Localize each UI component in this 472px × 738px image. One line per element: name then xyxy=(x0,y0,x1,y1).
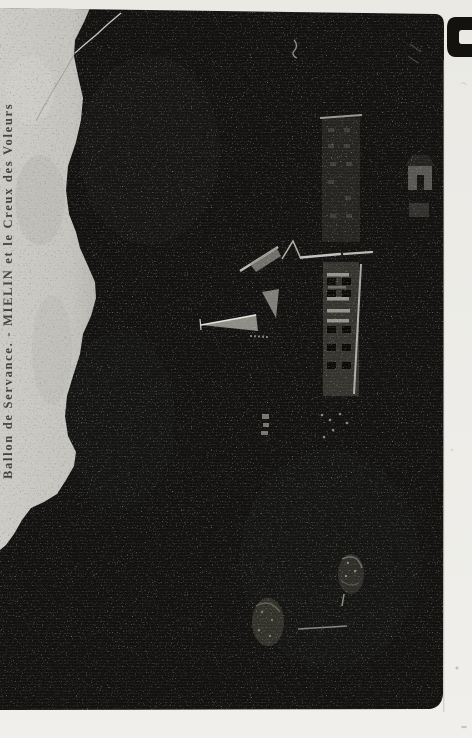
postcard-scan: Ballon de Servance. - MIELIN et le Creux… xyxy=(0,0,472,738)
photograph xyxy=(0,0,472,738)
photo-caption: Ballon de Servance. - MIELIN et le Creux… xyxy=(1,103,16,479)
scanline-texture xyxy=(0,0,472,738)
photo-artwork xyxy=(0,0,472,738)
